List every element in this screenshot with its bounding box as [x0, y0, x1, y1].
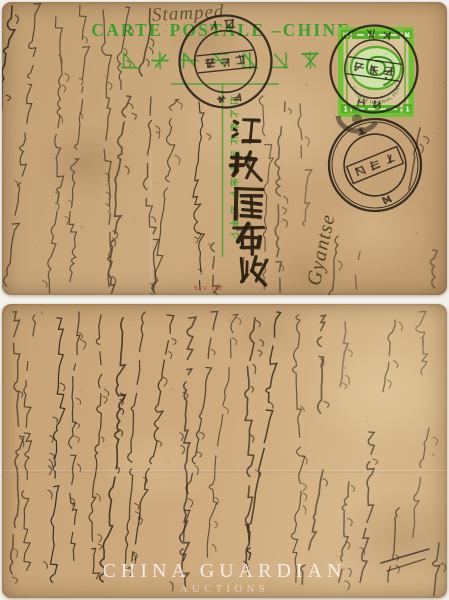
postcard-front [2, 2, 447, 295]
printer-imprint: B. V. LEE [194, 286, 223, 292]
watermark-line2: AUCTIONS [0, 584, 449, 595]
auction-lot-photo: Stamped CARTE POSTALE –CHINE. 11CHINESE … [0, 0, 449, 600]
auction-watermark: CHINA GUARDIAN AUCTIONS [0, 560, 449, 595]
watermark-line1: CHINA GUARDIAN [0, 560, 449, 583]
card-title: CARTE POSTALE –CHINE. [0, 20, 449, 41]
postcard-back [2, 304, 447, 598]
